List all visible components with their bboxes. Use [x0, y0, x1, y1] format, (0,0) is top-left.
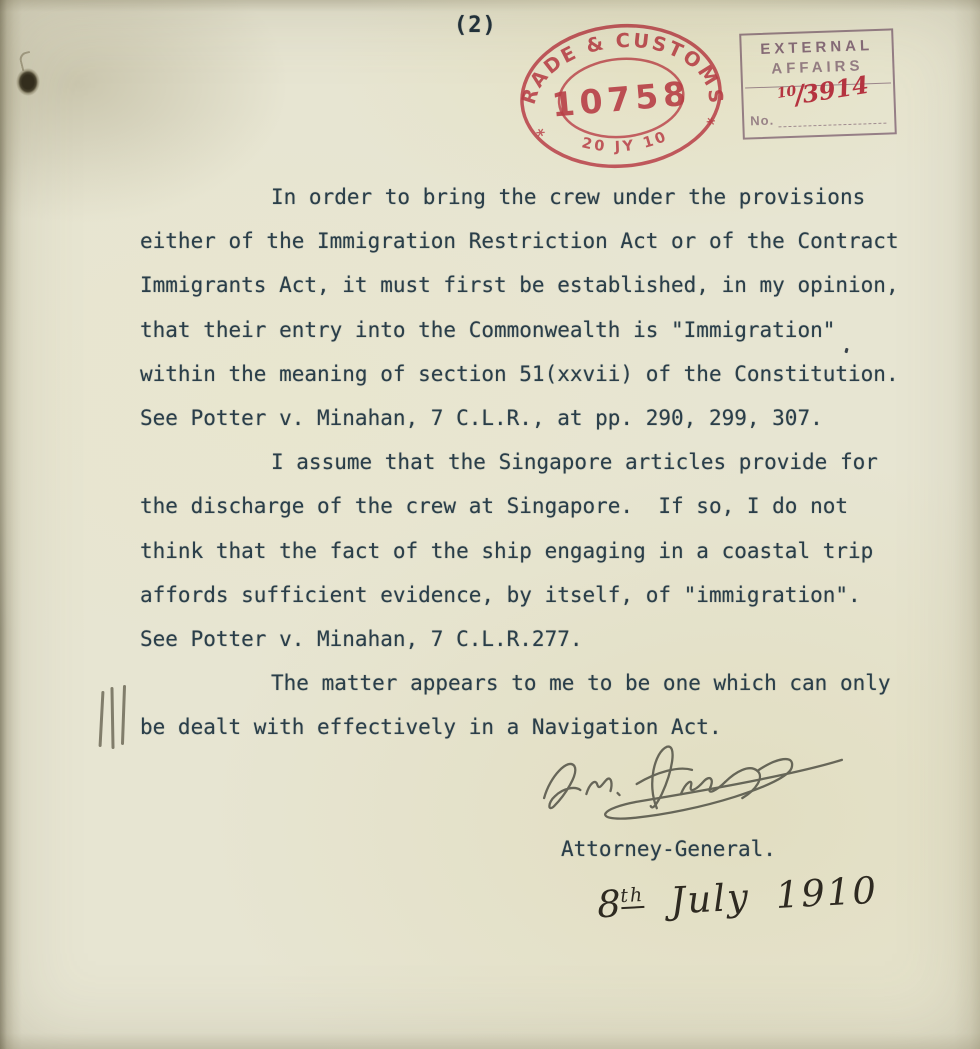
dotted-fill-line: [778, 122, 886, 128]
typed-line: The matter appears to me to be one which…: [140, 671, 940, 715]
hole-punch: [16, 68, 40, 96]
external-affairs-stamp: EXTERNAL AFFAIRS 10/3914 No.: [739, 28, 897, 139]
typed-line: I assume that the Singapore articles pro…: [140, 450, 940, 494]
tally-stroke: [99, 691, 105, 747]
typed-line: In order to bring the crew under the pro…: [140, 185, 940, 229]
signature-handwriting: [528, 731, 860, 843]
date-year: 1910: [775, 869, 879, 917]
svg-text:20 JY 10: 20 JY 10: [579, 127, 672, 159]
stamp-star-left: *: [534, 125, 551, 146]
tally-stroke: [110, 687, 114, 749]
page-number: (2): [454, 13, 497, 38]
typed-line: See Potter v. Minahan, 7 C.L.R.277.: [140, 627, 940, 671]
typed-line: See Potter v. Minahan, 7 C.L.R., at pp. …: [140, 406, 940, 450]
tally-stroke: [121, 685, 126, 745]
stamp-star-right: *: [702, 114, 717, 135]
no-label: No.: [750, 113, 774, 129]
date-ordinal-suffix: th: [620, 884, 645, 909]
typed-line: either of the Immigration Restriction Ac…: [140, 229, 940, 273]
scanned-document-page: (2) TRADE & CUSTOMS 10758 20 JY 10 * * E…: [0, 0, 980, 1049]
stamp-date: 20 JY 10: [579, 127, 672, 159]
attorney-general-line: Attorney-General.: [561, 837, 776, 861]
signature-strokes: [544, 747, 842, 819]
stamp-no-row: No.: [750, 109, 886, 129]
external-affairs-label-line1: EXTERNAL: [741, 36, 892, 58]
trade-customs-stamp: TRADE & CUSTOMS 10758 20 JY 10 * *: [508, 11, 734, 181]
typed-line: within the meaning of section 51(xxvii) …: [140, 362, 940, 406]
margin-tally-marks: [96, 685, 136, 755]
typed-line: think that the fact of the ship engaging…: [140, 539, 940, 583]
typed-line: that their entry into the Commonwealth i…: [140, 318, 940, 362]
typed-body: In order to bring the crew under the pro…: [140, 185, 940, 759]
typed-line: Immigrants Act, it must first be establi…: [140, 273, 940, 317]
handwritten-date: 8thJuly1910: [596, 869, 879, 927]
date-month: July: [669, 875, 751, 922]
typed-line: affords sufficient evidence, by itself, …: [140, 583, 940, 627]
external-affairs-label-line2: AFFAIRS: [742, 56, 893, 78]
typed-line: the discharge of the crew at Singapore. …: [140, 494, 940, 538]
